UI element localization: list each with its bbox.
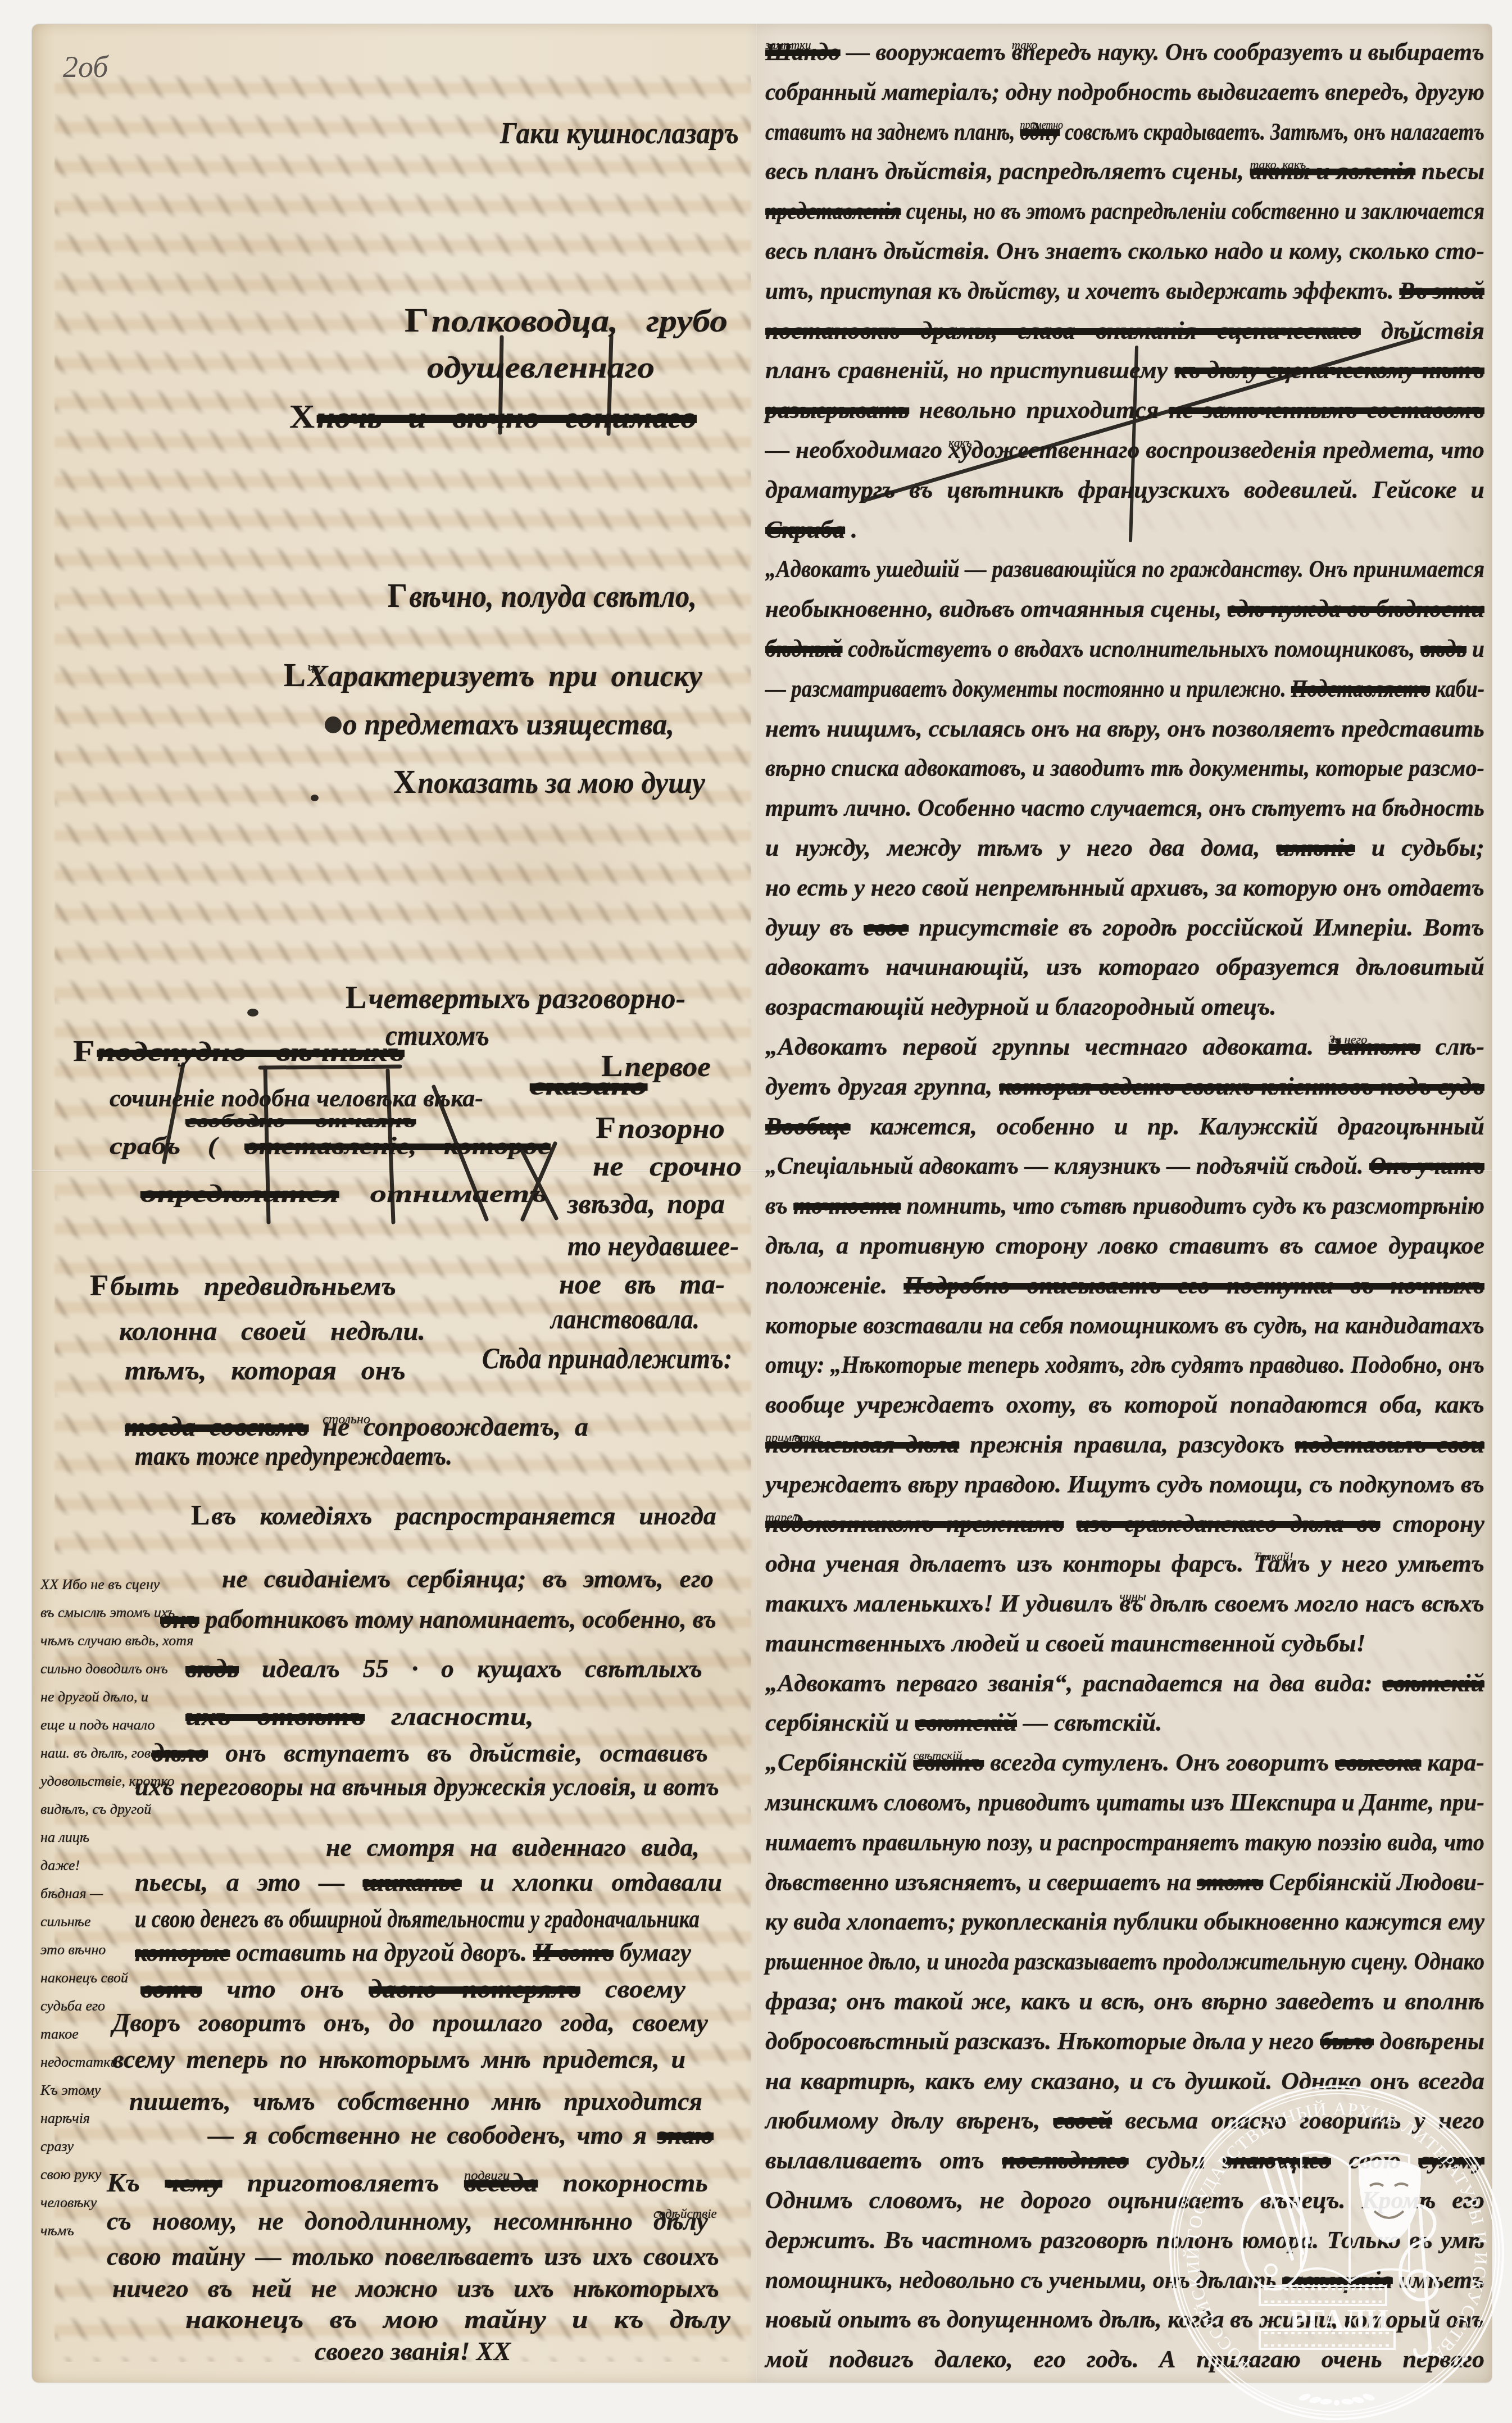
editorial-mark: F [90, 1270, 108, 1302]
text-segment: человѣку [40, 2194, 97, 2211]
manuscript-line: тарельподоконникомъ прежнимъ изъ граждан… [765, 1504, 1484, 1544]
text-segment: такъ тоже предупреждаетъ. [135, 1441, 452, 1471]
manuscript-line: — необходимаго какъхудожественнаго воспр… [765, 430, 1484, 470]
text-segment: слѣ- [1436, 1033, 1484, 1060]
manuscript-line: весь планъ дѣйствія, распредѣляетъ сцены… [765, 152, 1484, 192]
line-text: положеніе. Подробно описываетъ его посту… [765, 1266, 1484, 1306]
text-segment: свою руку [40, 2166, 101, 2182]
manuscript-line: душу въ свое присутствіе въ городѣ россі… [765, 908, 1484, 948]
manuscript-line: которые возставали на себя помощникомъ в… [765, 1306, 1484, 1346]
text-segment: сочиненіе подобна человѣка вѣка- [110, 1085, 483, 1112]
text-segment: нарѣчія [40, 2110, 90, 2126]
note-line: тогда совсѣмъ стольноне сопровождаетъ, а [125, 1411, 588, 1444]
margin-note: сильнѣе [40, 1908, 209, 1936]
margin-notes: XX Ибо не въ сценувъ смыслѣ этомъ ихъчѣм… [40, 1571, 209, 2245]
manuscript-line: дѣвственно изъясняетъ, и свершаетъ на эт… [765, 1863, 1484, 1903]
manuscript-line: рѣшенное дѣло, и иногда разсказываетъ пр… [765, 1942, 1484, 1982]
line-text: держитъ. Въ частномъ разговорѣ полонъ юм… [765, 2221, 1484, 2261]
text-segment: всегда сутуленъ. Онъ говоритъ [990, 1749, 1329, 1776]
body-line: — я собственно не свободенъ, что я знаю [208, 2120, 714, 2150]
margin-note: это вѣчно [40, 1936, 209, 1964]
line-text: наш. въ дѣлѣ, говоритъ [40, 1739, 190, 1767]
text-segment: колонна своей недѣли. [119, 1317, 425, 1346]
text-segment: и нужду, между тѣмъ у него два дома, [765, 834, 1260, 861]
manuscript-line: вообще учреждаетъ охоту, въ которой попа… [765, 1385, 1484, 1425]
line-text: человѣку [40, 2189, 97, 2217]
text-segment: впередъ науку. Онъ сообразуетъ и выбирае… [1012, 38, 1484, 66]
line-text: XX Ибо не въ сцену [40, 1571, 160, 1599]
text-segment: новый опытъ въ допущенномъ дѣлѣ, когда в… [765, 2306, 1484, 2333]
struck-text: подставилъ свои [1295, 1431, 1484, 1458]
manuscript-line: собранный матеріалъ; одну подробность вы… [765, 72, 1484, 112]
line-text: которые оставить на другой дворъ. И вотъ… [135, 1937, 691, 1968]
struck-text: подспудно вѣчныхъ [97, 1037, 405, 1067]
line-text: разыгрывать невольно приходится не замѣч… [765, 391, 1484, 430]
line-text: новый опытъ въ допущенномъ дѣлѣ, когда в… [765, 2300, 1484, 2340]
note-line-struck: Xночь и вѣчно гонимаго [289, 397, 697, 437]
text-segment: рѣшенное дѣло, и иногда разсказываетъ пр… [765, 1948, 1484, 1975]
struck-text: имѣніе [1277, 834, 1355, 861]
manuscript-line: замѣткиШандо — вооружаетъ таковпередъ на… [765, 33, 1484, 72]
manuscript-line: бѣдный содѣйствуетъ о вѣдахъ исполнитель… [765, 629, 1484, 669]
text-segment: сразу [40, 2138, 74, 2154]
line-text: адвокатъ начинающій, изъ котораго образу… [765, 947, 1484, 987]
manuscript-line: ку вида хлопаетъ; рукоплесканія публики … [765, 1902, 1484, 1942]
struck-text: Скриба [765, 516, 845, 543]
note-line: такъ тоже предупреждаетъ. [135, 1440, 452, 1473]
body-line: дѣло онъ вступаетъ въ дѣйствіе, оставивъ [152, 1737, 708, 1768]
margin-note: сразу [40, 2132, 209, 2161]
line-text: пишетъ, чѣмъ собственно мнѣ приходится [129, 2086, 702, 2117]
text-segment: еще и подъ начало [40, 1717, 155, 1733]
struck-text: ихъ отвѣтъ [185, 1702, 365, 1731]
text-segment: дѣла, а противную сторону ловко ставитъ … [765, 1232, 1484, 1259]
text-segment: наконецъ свой [40, 1970, 128, 1986]
text-segment: тѣмъ, которая онъ [125, 1356, 406, 1386]
margin-note: чѣмъ [40, 2217, 209, 2245]
struck-text: вѣдь [1420, 635, 1466, 663]
text-segment: Къ этому [40, 2082, 101, 2098]
text-segment: идеалъ 55 · о кущахъ свѣтлыхъ [262, 1654, 702, 1683]
line-text: Вообще кажется, особенно и пр. Калужскій… [765, 1107, 1484, 1147]
text-segment: четвертыхъ разговорно- [369, 983, 685, 1015]
text-segment: и [1472, 635, 1484, 663]
text-segment: — необходимаго [765, 436, 942, 464]
line-text: колонна своей недѣли. [119, 1315, 425, 1348]
struck-text: свободно отчаянъ [185, 1111, 416, 1132]
manuscript-line: таинственныхъ людей и своей таинственной… [765, 1624, 1484, 1664]
struck-text: свое [864, 914, 909, 941]
line-text: отцу: „Нѣкоторые теперь ходятъ, гдѣ судя… [765, 1345, 1484, 1385]
line-text: пьесы, а это — шиканье и хлопки отдавали [135, 1867, 722, 1898]
manuscript-line: Скриба . [765, 510, 1484, 550]
note-line: Гполководца, грубо [405, 301, 728, 342]
line-text: тогда совсѣмъ стольноне сопровождаетъ, а [125, 1411, 588, 1444]
manuscript-line: вылавливаетъ отъ послѣдняго судьи знающа… [765, 2141, 1484, 2181]
text-segment: Сѣда принадлежитъ: [482, 1343, 732, 1375]
text-segment: полководца, грубо [432, 304, 728, 339]
manuscript-line: „Сербіянскій свѣтскійсвѣтъ всегда сутуле… [765, 1743, 1484, 1783]
manuscript-page: 2об Гаки кушнослазаръ Гполководца, грубо… [0, 0, 1512, 2423]
note-line: Fбыть предвидѣньемъ [90, 1269, 396, 1304]
line-text: — необходимаго какъхудожественнаго воспр… [765, 430, 1484, 474]
text-segment: видѣлъ, съ другой [40, 1801, 151, 1817]
line-text: возрастающій недурной и благородный отец… [765, 987, 1277, 1027]
text-segment: это вѣчно [40, 1941, 106, 1958]
line-text: Lвъ комедіяхъ распространяется иногда [191, 1499, 716, 1532]
note-line: Гвѣчно, полуда свѣтло, [388, 576, 697, 617]
struck-text: которая ведетъ своихъ кліентовъ подъ суд… [999, 1073, 1484, 1100]
manuscript-line: такихъ маленькихъ! И удивилъ чинывъ дѣлѣ… [765, 1584, 1484, 1624]
struck-text: сумму [1419, 2147, 1484, 2174]
manuscript-line: „Адвокатъ перваго званія“, распадается н… [765, 1664, 1484, 1704]
body-line: своего званія! XX [315, 2336, 680, 2367]
text-segment: „Сербіянскій [765, 1749, 907, 1776]
line-text: одна ученая дѣлаетъ изъ конторы фарсъ. Т… [765, 1544, 1484, 1588]
note-line: Xпоказать за мою душу [393, 763, 705, 802]
manuscript-line: примѣткаподписывая дѣла прежнія правила,… [765, 1425, 1484, 1465]
text-segment: присутствіе въ городѣ россійской Имперіи… [919, 914, 1484, 941]
manuscript-line: на квартирѣ, какъ ему сказано, и съ душк… [765, 2062, 1484, 2102]
note-line: одушевленнаго [427, 350, 655, 386]
struck-text: гдѣ нужда въ бѣдности [1228, 595, 1484, 623]
text-segment: мзинскимъ словомъ, приводитъ цитаты изъ … [765, 1789, 1484, 1816]
line-text: не смотря на виденнаго вида, [326, 1832, 700, 1863]
line-text: „Сербіянскій свѣтскійсвѣтъ всегда сутуле… [765, 1743, 1484, 1787]
text-segment: въ комедіяхъ распространяется иногда [211, 1501, 716, 1530]
text-segment: на квартирѣ, какъ ему сказано, и съ душк… [765, 2067, 1484, 2095]
line-text: дѣло онъ вступаетъ въ дѣйствіе, оставивъ [152, 1737, 708, 1768]
note-line: ное вѣ та- [559, 1267, 725, 1301]
text-segment: вѣчно, полуда свѣтло, [409, 579, 697, 614]
manuscript-line: отцу: „Нѣкоторые теперь ходятъ, гдѣ судя… [765, 1345, 1484, 1385]
line-text: Xночь и вѣчно гонимаго [289, 397, 697, 437]
line-text: — разсматриваетъ документы постоянно и п… [765, 669, 1484, 709]
line-text: не свиданіемъ сербіянца; въ этомъ, его [222, 1563, 714, 1594]
note-line: о предметахъ изящества, [343, 706, 674, 743]
text-segment: свою тайну — только повелѣваетъ изъ ихъ … [107, 2242, 719, 2271]
text-segment: каби- [1435, 675, 1484, 702]
struck-text: знаю [657, 2121, 714, 2149]
struck-text: представленія [765, 197, 901, 225]
text-segment: кажется, особенно и пр. [870, 1113, 1179, 1140]
text-segment: работниковъ тому напоминаетъ, особенно, … [206, 1605, 716, 1634]
text-segment: фраза; онъ такой же, какъ и всѣ, онъ вѣр… [765, 1988, 1484, 2015]
manuscript-line: любимому дѣлу вѣренъ, своей весьма опасн… [765, 2101, 1484, 2141]
line-text: Fбыть предвидѣньемъ [90, 1269, 396, 1304]
line-text: таинственныхъ людей и своей таинственной… [765, 1624, 1366, 1664]
text-segment: совсѣмъ скрадываетъ. Затѣмъ, онъ налагае… [1065, 118, 1484, 146]
text-segment: Однимъ словомъ, не дорого оцѣниваетъ вѣн… [765, 2186, 1484, 2214]
text-segment: художественнаго воспроизведенія предмета… [948, 436, 1484, 464]
line-text: сразу [40, 2132, 74, 2161]
body-line: Lвъ комедіяхъ распространяется иногда [191, 1499, 716, 1532]
text-segment: мой подвигъ далеко, его годъ. А прилагаю… [765, 2345, 1484, 2373]
text-segment: и судьбы; [1372, 834, 1484, 861]
line-text: „Адвокатъ перваго званія“, распадается н… [765, 1664, 1484, 1704]
line-text: сочиненіе подобна человѣка вѣка- [110, 1084, 483, 1114]
struck-text: сказано [530, 1072, 647, 1100]
text-segment: дѣвственно изъясняетъ, и свершаетъ на [765, 1868, 1191, 1896]
margin-note: XX Ибо не въ сцену [40, 1571, 209, 1599]
line-text: не срочно [593, 1149, 742, 1183]
text-segment: и свою денегъ въ обширной дѣятельности у… [135, 1904, 700, 1933]
manuscript-line: ставитъ на заднемъ планѣ, приметноодну с… [765, 112, 1484, 152]
text-segment: сильнѣе [40, 1913, 91, 1930]
struck-text: ночь и вѣчно гонимаго [317, 401, 697, 434]
struck-text: своей [1054, 2107, 1113, 2134]
text-segment: отнимаетъ [370, 1180, 547, 1208]
body-line: вѣдь идеалъ 55 · о кущахъ свѣтлыхъ [185, 1653, 702, 1684]
note-line-struck: сказано [530, 1070, 656, 1101]
editorial-mark: L [191, 1500, 210, 1531]
line-text: Fподспудно вѣчныхъ [73, 1034, 405, 1069]
text-segment: сербіянскій и [765, 1709, 909, 1736]
struck-text: И вотъ [533, 1938, 614, 1967]
text-segment: необыкновенно, видѣвъ отчаянныя сцены, [765, 595, 1222, 623]
line-text: чѣмъ [40, 2217, 74, 2245]
line-text: видѣлъ, съ другой [40, 1795, 151, 1823]
line-text: удовольствіе, кротко [40, 1767, 175, 1795]
line-text: вылавливаетъ отъ послѣдняго судьи знающа… [765, 2141, 1484, 2181]
line-text: нарѣчія [40, 2104, 90, 2132]
line-text: постановкѣ драмы, глава вниманія сцениче… [765, 311, 1484, 351]
text-segment: то неудавшее- [567, 1230, 739, 1262]
text-segment: вообще учреждаетъ охоту, въ которой попа… [765, 1391, 1484, 1418]
note-line: не срочно [593, 1149, 742, 1183]
manuscript-line: тритъ лично. Особенно часто случается, о… [765, 788, 1484, 828]
text-segment: срабъ ( [110, 1132, 217, 1160]
body-line: которые оставить на другой дворъ. И вотъ… [135, 1937, 691, 1968]
line-text: Fпозорно [596, 1110, 725, 1146]
text-segment: довѣрены [1380, 2027, 1484, 2055]
line-text: свою тайну — только повелѣваетъ изъ ихъ … [107, 2241, 719, 2272]
line-text: мой подвигъ далеко, его годъ. А прилагаю… [765, 2340, 1484, 2380]
text-segment: ставитъ на заднемъ планѣ, [765, 118, 1015, 146]
line-text: сказано [530, 1070, 647, 1101]
text-segment: невольно приходится [919, 396, 1159, 424]
line-text: помощникъ, недовольно съ учеными, онъ дѣ… [765, 2261, 1484, 2301]
line-text: бѣдная — [40, 1880, 103, 1908]
struck-text: бѣдный [765, 635, 842, 663]
text-segment: таинственныхъ людей и своей таинственной… [765, 1630, 1366, 1657]
text-segment: показать за мою душу [418, 766, 705, 800]
line-text: — я собственно не свободенъ, что я знаю [208, 2120, 714, 2150]
text-segment: которые возставали на себя помощникомъ в… [765, 1312, 1484, 1339]
text-segment: содѣйствуетъ о вѣдахъ исполнительныхъ по… [848, 635, 1415, 663]
text-segment: учреждаетъ вѣру правдою. Ищутъ судъ помо… [765, 1471, 1484, 1498]
text-segment: драматургъ въ цвѣтникѣ французскихъ воде… [765, 476, 1484, 503]
text-segment: даже! [40, 1857, 80, 1873]
text-segment: свою [1348, 2147, 1401, 2174]
margin-note: наш. въ дѣлѣ, говоритъ [40, 1739, 209, 1767]
struck-text: постановкѣ драмы, глава вниманія сцениче… [765, 317, 1361, 344]
line-text: такъ тоже предупреждаетъ. [135, 1440, 452, 1473]
text-segment: вѣрно списка адвокатовъ, и заводитъ тѣ д… [765, 754, 1484, 782]
text-segment: имѣетъ [1399, 2266, 1484, 2294]
struck-text: знающаго [1223, 2147, 1331, 2174]
line-text: тарельподоконникомъ прежнимъ изъ граждан… [765, 1504, 1484, 1548]
line-text: но есть у него свой непремѣнный архивъ, … [765, 868, 1484, 908]
note-line-struck: Fподспудно вѣчныхъ [73, 1034, 405, 1069]
body-line: ихъ отвѣтъ гласности, [185, 1701, 534, 1732]
text-segment: одушевленнаго [427, 351, 655, 384]
text-segment: отцу: „Нѣкоторые теперь ходятъ, гдѣ судя… [765, 1351, 1484, 1378]
manuscript-line: и нужду, между тѣмъ у него два дома, имѣ… [765, 828, 1484, 868]
editorial-mark: F [73, 1036, 95, 1068]
manuscript-line: „Спеціальный адвокатъ — кляузникъ — подъ… [765, 1146, 1484, 1186]
manuscript-line: мзинскимъ словомъ, приводитъ цитаты изъ … [765, 1783, 1484, 1823]
manuscript-line: мой подвигъ далеко, его годъ. А прилагаю… [765, 2340, 1484, 2380]
line-text: драматургъ въ цвѣтникѣ французскихъ воде… [765, 470, 1484, 510]
line-text: свою руку [40, 2161, 101, 2189]
body-line: ничего въ ней не можно изъ ихъ нѣкоторых… [112, 2273, 719, 2304]
text-segment: адвокатъ начинающій, изъ котораго образу… [765, 953, 1484, 981]
struck-text: тогда совсѣмъ [125, 1412, 308, 1442]
text-segment: не свиданіемъ сербіянца; въ этомъ, его [222, 1564, 714, 1593]
text-segment: держитъ. Въ частномъ разговорѣ полонъ юм… [765, 2226, 1484, 2254]
body-line: пишетъ, чѣмъ собственно мнѣ приходится [129, 2086, 702, 2117]
line-text: ланствовала. [551, 1302, 700, 1336]
struck-text: къ дѣлу сценическому нѣтъ [1175, 356, 1484, 384]
text-segment: ихъ переговоры на вѣчныя дружескія услов… [135, 1772, 719, 1801]
line-text: такое [40, 2020, 79, 2048]
struck-text: опредѣлится [140, 1180, 339, 1208]
line-text: Гаки кушнослазаръ [500, 115, 739, 152]
text-segment: одна ученая дѣлаетъ изъ конторы фарсъ. [765, 1550, 1243, 1577]
line-text: онъ работниковъ тому напоминаетъ, особен… [160, 1604, 716, 1635]
note-line: срабъ ( отставленіе, которое [110, 1132, 551, 1161]
text-segment: „Адвокатъ первой группы честнаго адвокат… [765, 1033, 1314, 1060]
manuscript-line: положеніе. Подробно описываетъ его посту… [765, 1266, 1484, 1306]
line-text: Гвѣчно, полуда свѣтло, [388, 576, 697, 617]
text-segment: прежнія правила, разсудокъ [970, 1431, 1284, 1458]
text-segment: „Спеціальный адвокатъ — кляузникъ — подъ… [765, 1152, 1363, 1179]
vertical-fold-crease [756, 24, 758, 2383]
line-text: ку вида хлопаетъ; рукоплесканія публики … [765, 1902, 1484, 1942]
text-segment: о предметахъ изящества, [343, 707, 674, 741]
text-segment: чѣмъ [40, 2222, 74, 2239]
manuscript-line: постановкѣ драмы, глава вниманія сцениче… [765, 311, 1484, 351]
text-segment: весь планъ дѣйствія. Онъ знаетъ сколько … [765, 237, 1484, 265]
manuscript-line: драматургъ въ цвѣтникѣ французскихъ воде… [765, 470, 1484, 510]
line-text: фраза; онъ такой же, какъ и всѣ, онъ вѣр… [765, 1982, 1484, 2022]
line-text: вотъ что онъ давно потерялъ своему [140, 1973, 685, 2004]
struck-text: подоконникомъ прежнимъ [765, 1510, 1064, 1537]
line-text: даже! [40, 1852, 80, 1880]
text-segment: дуетъ другая группа, [765, 1073, 992, 1100]
margin-note: въ смыслѣ этомъ ихъ [40, 1599, 209, 1627]
manuscript-line: представленія сцены, но въ этомъ распред… [765, 192, 1484, 232]
line-text: Гполководца, грубо [405, 301, 728, 342]
margin-note: чѣмъ случаю вѣдь, хотя [40, 1627, 209, 1655]
line-text: судьба его [40, 1992, 105, 2020]
body-line: и свою денегъ въ обширной дѣятельности у… [135, 1903, 700, 1934]
text-segment: планъ сравненій, но приступившему [765, 356, 1168, 384]
line-text: то неудавшее- [567, 1229, 739, 1263]
body-line: ихъ переговоры на вѣчныя дружескія услов… [135, 1771, 719, 1802]
line-text: дуетъ другая группа, которая ведетъ свои… [765, 1067, 1484, 1107]
manuscript-line: разыгрывать невольно приходится не замѣч… [765, 391, 1484, 430]
line-text: не другой дѣло, и [40, 1683, 148, 1711]
margin-note: сильно доводилъ онъ [40, 1655, 209, 1683]
text-segment: недостатки [40, 2054, 118, 2070]
text-segment: покорность [563, 2168, 708, 2197]
line-text: Xпоказать за мою душу [393, 763, 705, 802]
text-segment: душу въ [765, 914, 853, 941]
line-text: тѣмъ, которая онъ [125, 1355, 406, 1387]
body-line: пьесы, а это — шиканье и хлопки отдавали [135, 1867, 722, 1898]
line-text: примѣткаподписывая дѣла прежнія правила,… [765, 1425, 1484, 1469]
text-segment: помнить, что сътвѣ приводитъ судъ къ раз… [907, 1192, 1484, 1219]
line-text: недостатки [40, 2048, 118, 2076]
line-text: „Адвокатъ ушедшій — развивающійся по гра… [765, 550, 1484, 589]
text-segment: XX Ибо не въ сцену [40, 1576, 160, 1592]
text-segment: — я собственно не свободенъ, что я [208, 2121, 647, 2149]
manuscript-line: „Адвокатъ ушедшій — развивающійся по гра… [765, 550, 1484, 589]
text-segment: весьма опасно говорить у него [1125, 2107, 1484, 2134]
manuscript-line: итъ, приступая къ дѣйству, и хочетъ выде… [765, 271, 1484, 311]
struck-text: было [1320, 2027, 1373, 2055]
text-segment: Гаки кушнослазаръ [500, 116, 739, 150]
line-text: LчХарактеризуетъ при описку [284, 656, 702, 695]
text-segment: . [851, 516, 857, 543]
editorial-mark: F [596, 1111, 616, 1145]
margin-note: человѣку [40, 2189, 209, 2217]
margin-note: недостатки [40, 2048, 209, 2076]
struck-text: давно потерялъ [369, 1975, 580, 2003]
text-segment: въ дѣлѣ своемъ могло насъ всѣхъ [1120, 1590, 1484, 1617]
text-segment: тритъ лично. Особенно часто случается, о… [765, 794, 1484, 822]
line-text: мзинскимъ словомъ, приводитъ цитаты изъ … [765, 1783, 1484, 1823]
note-line: Lчетвертыхъ разговорно- [346, 979, 685, 1017]
text-segment: не смотря на виденнаго вида, [326, 1833, 700, 1862]
text-segment: любимому дѣлу вѣренъ, [765, 2107, 1040, 2134]
line-text: ставитъ на заднемъ планѣ, приметноодну с… [765, 112, 1484, 156]
margin-note: еще и подъ начало [40, 1711, 209, 1739]
text-segment: бѣдная — [40, 1885, 103, 1902]
line-text: наконецъ свой [40, 1964, 128, 1992]
text-segment: ничего въ ней не можно изъ ихъ нѣкоторых… [112, 2274, 719, 2303]
line-text: душу въ свое присутствіе въ городѣ россі… [765, 908, 1484, 948]
line-text: опредѣлится отнимаетъ [140, 1179, 547, 1209]
text-segment: Характеризуетъ при описку [307, 659, 702, 693]
text-segment: бумагу [620, 1938, 691, 1967]
manuscript-line: новый опытъ въ допущенномъ дѣлѣ, когда в… [765, 2300, 1484, 2340]
margin-note: видѣлъ, съ другой [40, 1795, 209, 1823]
text-segment: судьи [1146, 2147, 1205, 2174]
text-segment: возрастающій недурной и благородный отец… [765, 993, 1277, 1020]
text-segment: такое [40, 2026, 79, 2042]
line-text: своего званія! XX [315, 2336, 511, 2367]
line-text: нетъ нищимъ, ссылаясь онъ на вѣру, онъ п… [765, 709, 1484, 749]
text-segment: вылавливаетъ отъ [765, 2147, 984, 2174]
struck-text: послѣдняго [1002, 2147, 1128, 2174]
line-text: планъ сравненій, но приступившему къ дѣл… [765, 351, 1484, 391]
note-line-struck: свободно отчаянъ [185, 1110, 433, 1133]
line-text: рѣшенное дѣло, и иногда разсказываетъ пр… [765, 1942, 1484, 1982]
text-segment: добросовѣстный разсказъ. Нѣкоторые дѣла … [765, 2027, 1314, 2055]
line-text: свободно отчаянъ [185, 1110, 416, 1133]
manuscript-line: Вообще кажется, особенно и пр. Калужскій… [765, 1107, 1484, 1147]
manuscript-line: — разсматриваетъ документы постоянно и п… [765, 669, 1484, 709]
line-text: замѣткиШандо — вооружаетъ таковпередъ на… [765, 33, 1484, 76]
text-segment: оставить на другой дворъ. [236, 1938, 527, 1967]
note-line: Fпозорно [596, 1110, 725, 1146]
text-segment: Калужскій драгоцѣнный [1199, 1113, 1484, 1140]
line-text: нимаетъ правильную позу, и распространяе… [765, 1823, 1484, 1863]
line-text: и свою денегъ въ обширной дѣятельности у… [135, 1903, 700, 1934]
